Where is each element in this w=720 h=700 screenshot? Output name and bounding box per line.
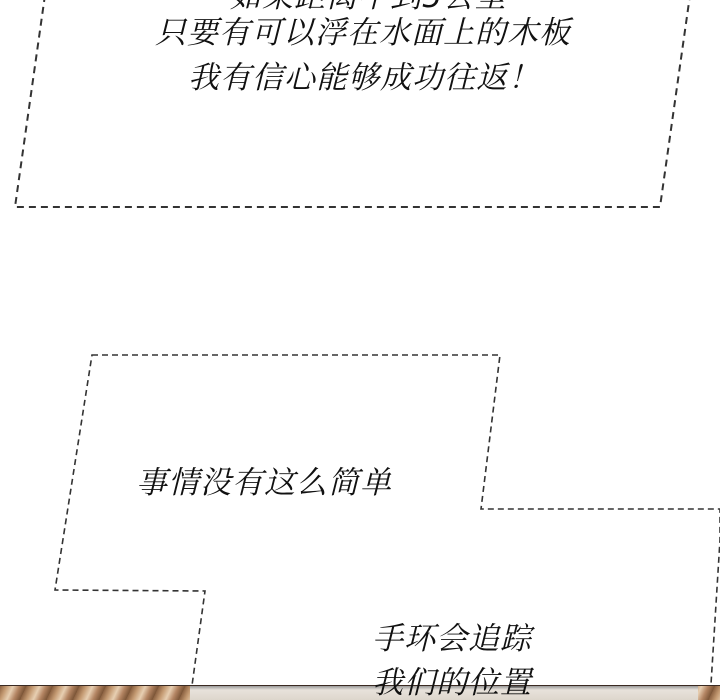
middle-bubble-line-1: 事情没有这么简单	[136, 468, 392, 499]
bottom-bubble-line-2: 我们的位置	[372, 668, 532, 699]
speech-bubble-outlines	[0, 0, 720, 700]
top-bubble-line-2: 只要有可以浮在水面上的木板	[155, 18, 571, 49]
top-bubble-line-1: 如果距离不到5公里	[230, 0, 507, 13]
bottom-bubble-line-1: 手环会追踪	[372, 624, 532, 655]
top-bubble-line-3: 我有信心能够成功往返！	[188, 63, 540, 94]
